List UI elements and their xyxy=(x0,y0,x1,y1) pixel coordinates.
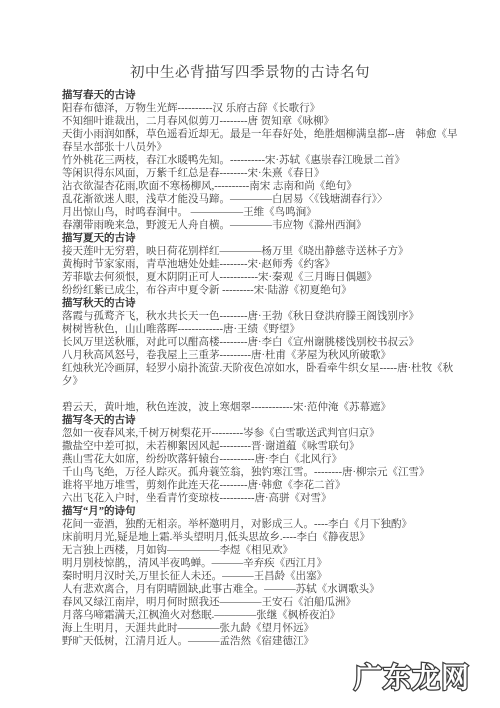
section-heading: 描写“月”的诗句 xyxy=(62,505,464,518)
content: 描写春天的古诗阳春布德泽，万物生光辉----------汉 乐府古辞《长歌行》不… xyxy=(0,82,500,648)
poem-line: 春风又绿江南岸，明月何时照我还————王安石《泊船瓜洲》 xyxy=(62,596,464,609)
poem-line: 八月秋高风怒号，卷我屋上三重茅---------唐·杜甫《茅屋为秋风所破歌》 xyxy=(62,349,464,362)
poem-line: 纷纷红紫已成尘，布谷声中夏令新 ---------宋·陆游《初夏绝句》 xyxy=(62,284,464,297)
poem-line: 撒盐空中差可拟，未若柳絮因风起---------晋·谢道蕴《咏雪联句》 xyxy=(62,440,464,453)
poem-line: 春潮带雨晚来急，野渡无人舟自横。————韦应物《滁州西涧》 xyxy=(62,219,464,232)
section-heading: 描写夏天的古诗 xyxy=(62,232,464,245)
poem-line: 碧云天，黄叶地，秋色连波，波上寒烟翠------------宋·范仲淹《苏幕遮》 xyxy=(62,401,464,414)
poem-line: 阳春布德泽，万物生光辉----------汉 乐府古辞《长歌行》 xyxy=(62,102,464,115)
poem-line: 燕山雪花大如席，纷纷吹落轩辕台----------唐·李白《北风行》 xyxy=(62,453,464,466)
poem-line: 不知细叶谁裁出，二月春风似剪刀--------唐 贺知章《咏柳》 xyxy=(62,115,464,128)
poem-line: 无言独上西楼，月如钩—————李煜《相见欢》 xyxy=(62,544,464,557)
section-heading: 描写冬天的古诗 xyxy=(62,414,464,427)
poem-line: 竹外桃花三两枝，春江水暖鸭先知。----------宋·苏轼《惠崇春江晚景二首》 xyxy=(62,154,464,167)
poem-line: 海上生明月，天涯共此时————张九龄《望月怀远》 xyxy=(62,622,464,635)
poem-line: 花间一壶酒，独酌无相亲。举杯邀明月，对影成三人。----李白《月下独酌》 xyxy=(62,518,464,531)
page-title: 初中生必背描写四季景物的古诗名句 xyxy=(0,0,500,82)
poem-line: 谁将平地万堆雪，剪刻作此连天花--------唐·韩愈《李花二首》 xyxy=(62,479,464,492)
poem-line: 六出飞花入户时，坐看青竹变琼枝----------唐·高骈《对雪》 xyxy=(62,492,464,505)
poem-line: 野旷天低树，江清月近人。———孟浩然《宿建德江》 xyxy=(62,635,464,648)
poem-line: 落霞与孤鹜齐飞，秋水共长天一色--------唐·王勃《秋日登洪府滕王阁饯别序》 xyxy=(62,310,464,323)
poem-line: 沾衣欲湿杏花雨,吹面不寒杨柳风,----------南宋 志南和尚《绝句》 xyxy=(62,180,464,193)
document-page: 初中生必背描写四季景物的古诗名句 描写春天的古诗阳春布德泽，万物生光辉-----… xyxy=(0,0,500,708)
poem-line: 长风万里送秋雁，对此可以酣高楼--------唐·李白《宣州谢朓楼饯别校书叔云》 xyxy=(62,336,464,349)
poem-line: 明月别枝惊鹊,，清风半夜鸣蝉。———辛弃疾《西江月》 xyxy=(62,557,464,570)
poem-section: 描写秋天的古诗落霞与孤鹜齐飞，秋水共长天一色--------唐·王勃《秋日登洪府… xyxy=(62,297,464,414)
poem-line: 乱花渐欲迷人眼，浅草才能没马蹄。————白居易〈《钱塘湖春行》〉 xyxy=(62,193,464,206)
poem-line: 树树皆秋色，山山唯落晖-------------唐·王绩《野望》 xyxy=(62,323,464,336)
poem-line xyxy=(62,388,464,401)
poem-line: 黄梅时节家家雨，青草池塘处处蛙--------宋·赵师秀《约客》 xyxy=(62,258,464,271)
section-heading: 描写秋天的古诗 xyxy=(62,297,464,310)
poem-line: 芳菲歇去何须恨，夏木阴阴正可人-----------宋·秦观《三月晦日偶题》 xyxy=(62,271,464,284)
poem-line: 红烛秋光冷画屏，轻罗小扇扑流萤.天阶夜色凉如水，卧看牵牛织女星-----唐·杜牧… xyxy=(62,362,464,388)
poem-section: 描写夏天的古诗接天莲叶无穷碧，映日荷花别样红————杨万里《晓出静慈寺送林子方》… xyxy=(62,232,464,297)
poem-line: 等闲识得东风面，万紫千红总是春--------宋·朱熹《春日》 xyxy=(62,167,464,180)
poem-line: 秦时明月汉时关,万里长征人未还。———王昌龄《出塞》 xyxy=(62,570,464,583)
section-heading: 描写春天的古诗 xyxy=(62,89,464,102)
poem-line: 月出惊山鸟，时鸣春涧中。 —————王维《鸟鸣涧》 xyxy=(62,206,464,219)
poem-section: 描写冬天的古诗忽如一夜春风来,千树万树梨花开---------岑参《白雪歌送武判… xyxy=(62,414,464,505)
poem-line: 忽如一夜春风来,千树万树梨花开---------岑参《白雪歌送武判官归京》 xyxy=(62,427,464,440)
poem-section: 描写“月”的诗句花间一壶酒，独酌无相亲。举杯邀明月，对影成三人。----李白《月… xyxy=(62,505,464,648)
poem-line: 千山鸟飞绝，万径人踪灭。孤舟蓑笠翁，独钓寒江雪。--------唐·柳宗元《江雪… xyxy=(62,466,464,479)
poem-line: 接天莲叶无穷碧，映日荷花别样红————杨万里《晓出静慈寺送林子方》 xyxy=(62,245,464,258)
poem-line: 天街小雨润如酥，草色遥看近却无。最是一年春好处，绝胜烟柳满皇都--唐 韩愈《早春… xyxy=(62,128,464,154)
watermark-logo: 广东龙网 xyxy=(354,656,470,696)
poem-line: 人有悲欢离合，月有阴晴圆缺,此事古难全。———苏轼《水调歌头》 xyxy=(62,583,464,596)
poem-line: 月落乌啼霜满天,江枫渔火对愁眠.————张继《枫桥夜泊》 xyxy=(62,609,464,622)
poem-line: 床前明月光,疑是地上霜.举头望明月,低头思故乡.----李白《静夜思》 xyxy=(62,531,464,544)
poem-section: 描写春天的古诗阳春布德泽，万物生光辉----------汉 乐府古辞《长歌行》不… xyxy=(62,89,464,232)
